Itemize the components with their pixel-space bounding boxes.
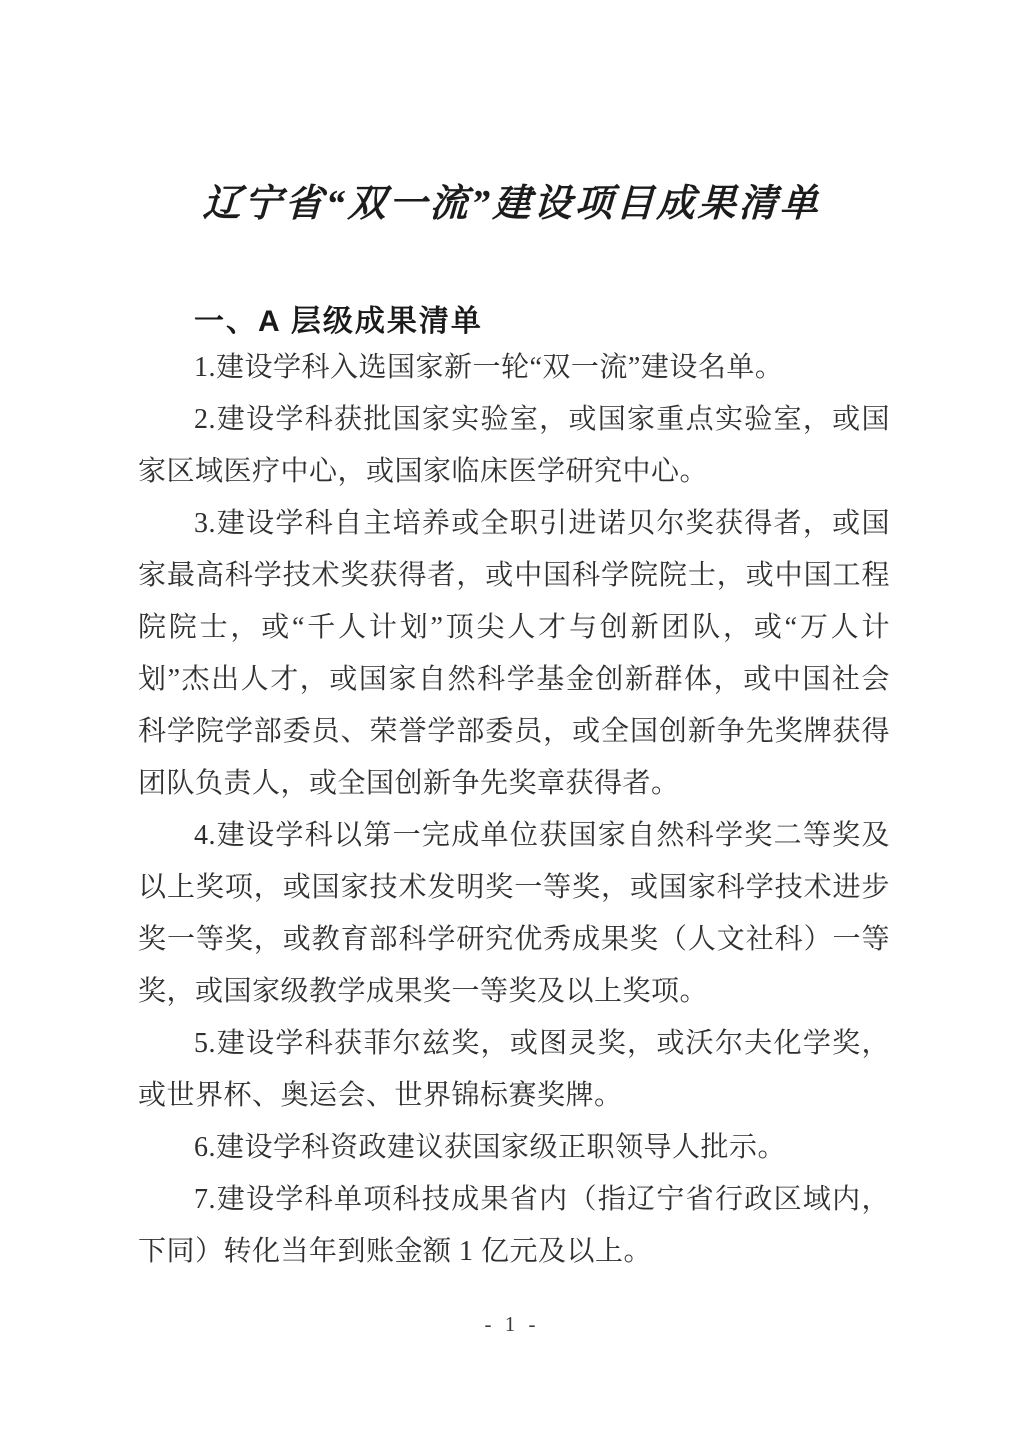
list-item-1: 1.建设学科入选国家新一轮“双一流”建设名单。: [138, 342, 890, 394]
list-item-7: 7.建设学科单项科技成果省内（指辽宁省行政区域内，下同）转化当年到账金额 1 亿…: [138, 1174, 890, 1278]
list-item-3: 3.建设学科自主培养或全职引进诺贝尔奖获得者，或国家最高科学技术奖获得者，或中国…: [138, 498, 890, 810]
list-item-2: 2.建设学科获批国家实验室，或国家重点实验室，或国家区域医疗中心，或国家临床医学…: [138, 394, 890, 498]
list-item-6: 6.建设学科资政建议获国家级正职领导人批示。: [138, 1122, 890, 1174]
list-item-4: 4.建设学科以第一完成单位获国家自然科学奖二等奖及以上奖项，或国家技术发明奖一等…: [138, 810, 890, 1018]
document-body: 1.建设学科入选国家新一轮“双一流”建设名单。 2.建设学科获批国家实验室，或国…: [138, 342, 890, 1278]
list-item-5: 5.建设学科获菲尔兹奖，或图灵奖，或沃尔夫化学奖，或世界杯、奥运会、世界锦标赛奖…: [138, 1018, 890, 1122]
document-title: 辽宁省“双一流”建设项目成果清单: [0, 172, 1024, 227]
page-number: - 1 -: [0, 1312, 1024, 1337]
section-heading: 一、A 层级成果清单: [194, 296, 483, 340]
document-page: 辽宁省“双一流”建设项目成果清单 一、A 层级成果清单 1.建设学科入选国家新一…: [0, 0, 1024, 1448]
